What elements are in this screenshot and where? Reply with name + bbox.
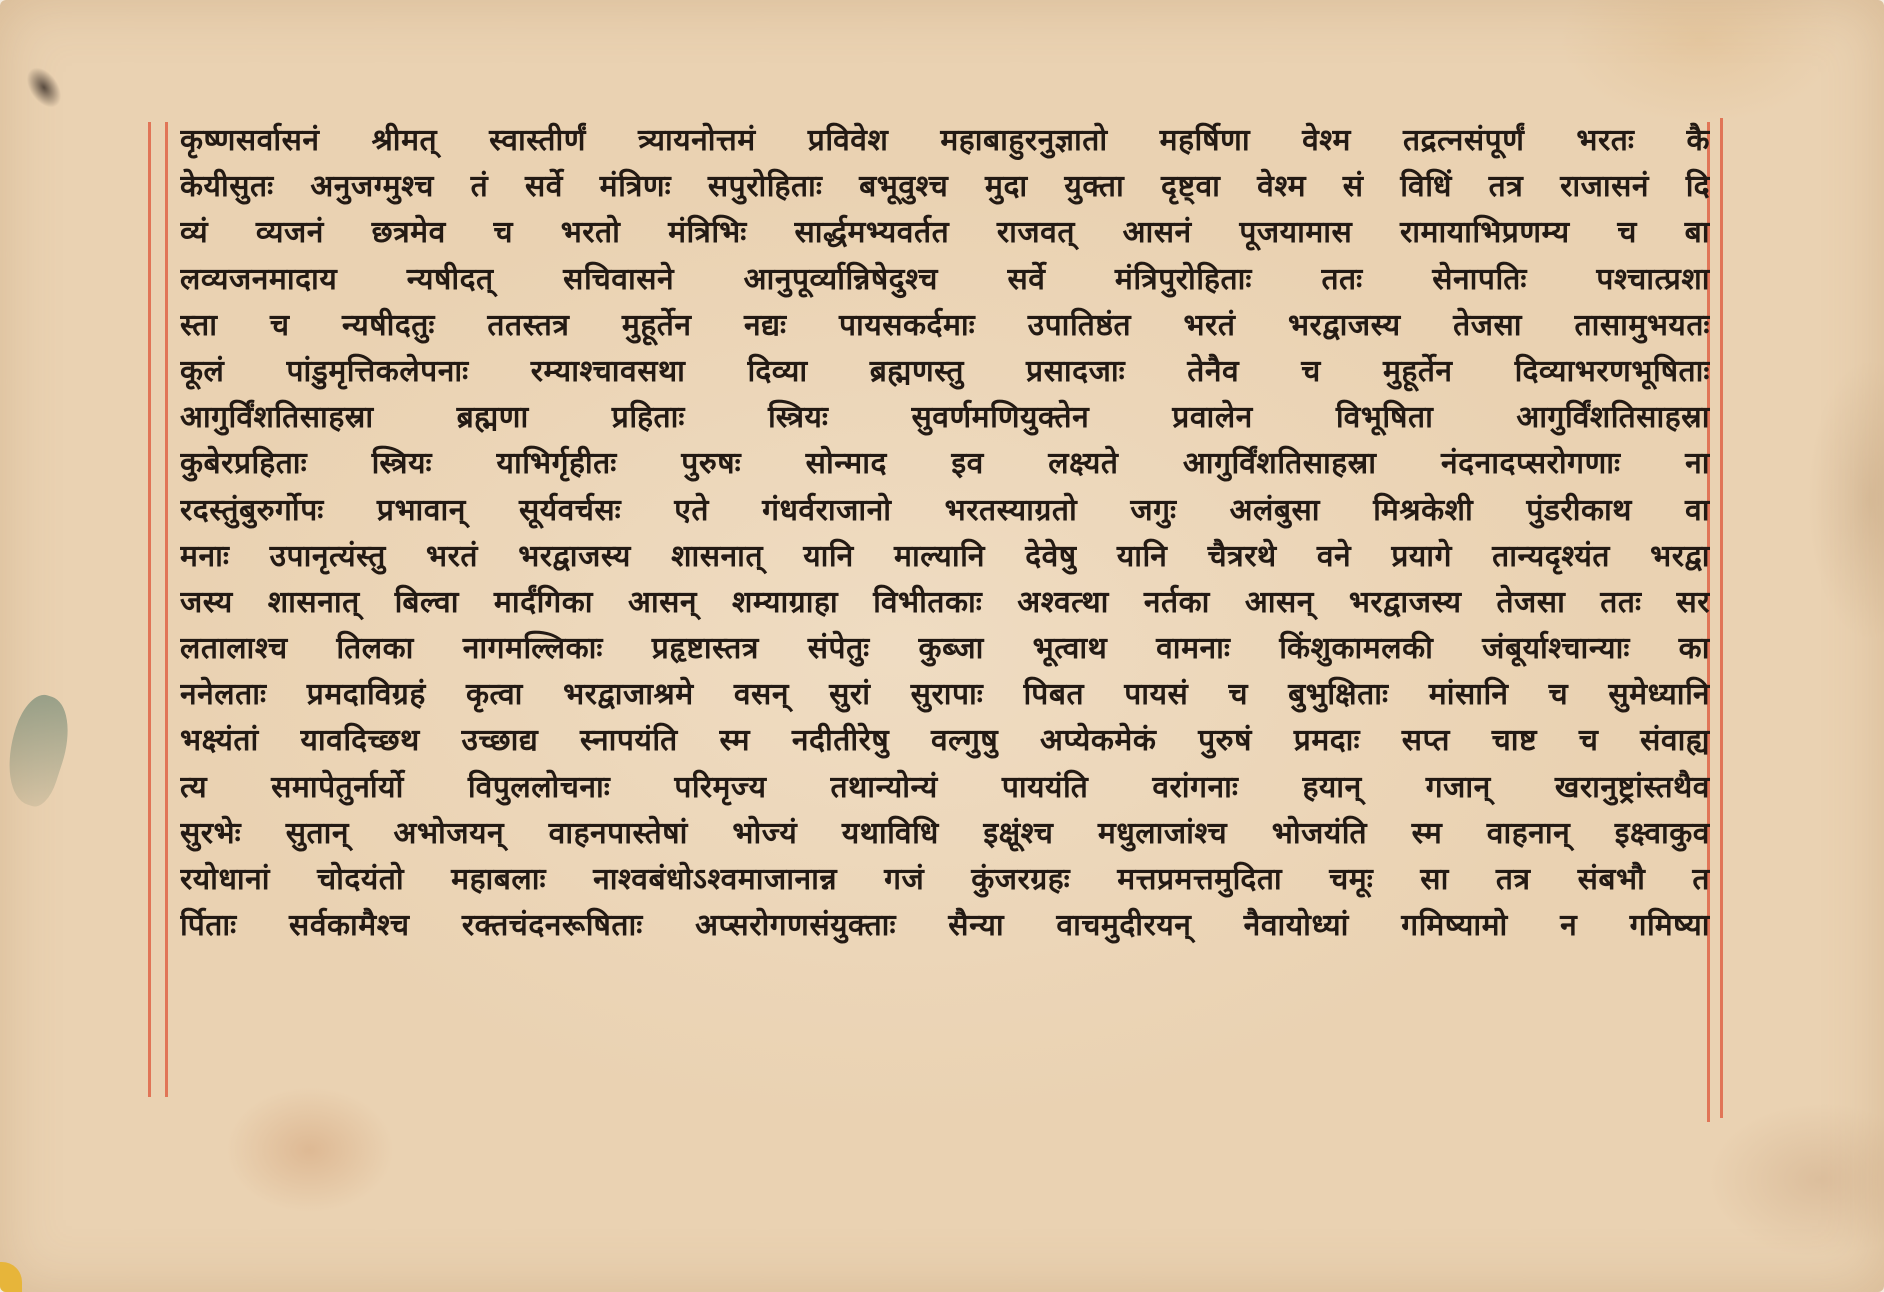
- text-line: भक्ष्यंतां यावदिच्छथ उच्छाद्य स्नापयंति …: [180, 718, 1710, 764]
- text-line: जस्य शासनात् बिल्वा मार्दंगिका आसन् शम्य…: [180, 580, 1710, 626]
- text-line: लतालाश्च तिलका नागमल्लिकाः प्रहृष्टास्तत…: [180, 626, 1710, 672]
- left-margin-rule-inner: [165, 122, 168, 1097]
- corner-tab: [0, 1262, 22, 1292]
- text-line: कृष्णसर्वासनं श्रीमत् स्वास्तीर्णं त्र्य…: [180, 118, 1710, 164]
- right-margin-rule-outer: [1720, 118, 1723, 1118]
- left-margin-rule-outer: [148, 122, 151, 1097]
- text-line: आगुर्विंशतिसाहस्रा ब्रह्मणा प्रहिताः स्त…: [180, 395, 1710, 441]
- text-line: र्पिताः सर्वकामैश्च रक्तचंदनरूषिताः अप्स…: [180, 903, 1710, 949]
- water-stain: [0, 689, 81, 811]
- text-line: व्यं व्यजनं छत्रमेव च भरतो मंत्रिभिः सार…: [180, 210, 1710, 256]
- text-line: स्ता च न्यषीदतुः ततस्तत्र मुहूर्तेन नद्य…: [180, 303, 1710, 349]
- text-line: रदस्तुंबुरुर्गोपः प्रभावान् सूर्यवर्चसः …: [180, 488, 1710, 534]
- text-line: सुरभेः सुतान् अभोजयन् वाहनपास्तेषां भोज्…: [180, 811, 1710, 857]
- text-line: ननेलताः प्रमदाविग्रहं कृत्वा भरद्वाजाश्र…: [180, 672, 1710, 718]
- text-line: त्य समापेतुर्नार्यो विपुललोचनाः परिमृज्य…: [180, 765, 1710, 811]
- manuscript-page: कृष्णसर्वासनं श्रीमत् स्वास्तीर्णं त्र्य…: [0, 0, 1884, 1292]
- ink-smudge: [20, 61, 69, 114]
- text-line: रयोधानां चोदयंतो महाबलाः नाश्वबंधोऽश्वमा…: [180, 857, 1710, 903]
- text-line: कुबेरप्रहिताः स्त्रियः याभिर्गृहीतः पुरु…: [180, 441, 1710, 487]
- text-line: लव्यजनमादाय न्यषीदत् सचिवासने आनुपूर्व्य…: [180, 257, 1710, 303]
- manuscript-text-block: कृष्णसर्वासनं श्रीमत् स्वास्तीर्णं त्र्य…: [180, 118, 1710, 949]
- text-line: केयीसुतः अनुजग्मुश्च तं सर्वे मंत्रिणः स…: [180, 164, 1710, 210]
- text-line: मनाः उपानृत्यंस्तु भरतं भरद्वाजस्य शासना…: [180, 534, 1710, 580]
- text-line: कूलं पांडुमृत्तिकलेपनाः रम्याश्चावसथा दि…: [180, 349, 1710, 395]
